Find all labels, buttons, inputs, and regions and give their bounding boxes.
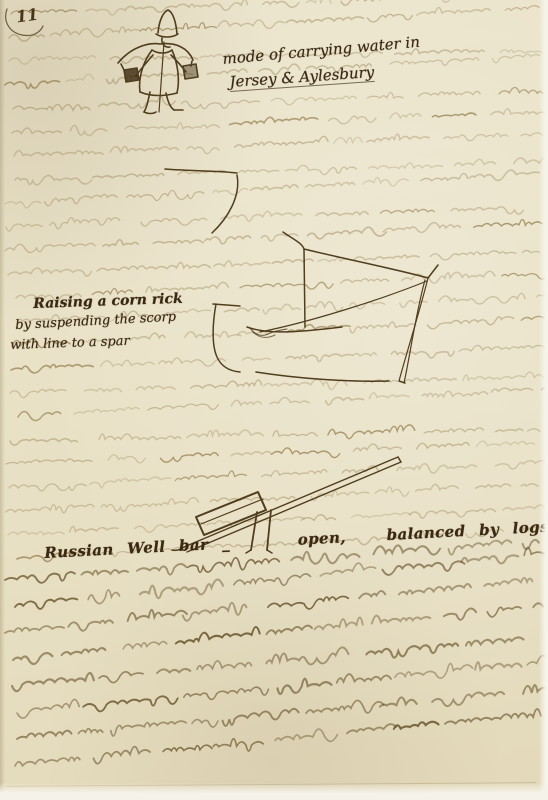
ink-sketches bbox=[0, 0, 548, 800]
page-edge-left bbox=[0, 0, 5, 800]
scan-margin-bottom bbox=[0, 783, 548, 800]
scan-margin-right bbox=[539, 0, 548, 800]
corn-rick-rig-sketch-icon bbox=[165, 169, 438, 383]
page-number: 11 bbox=[15, 5, 40, 27]
manuscript-page: 11 mode of carrying water in Jersey & Ay… bbox=[0, 0, 548, 800]
man-with-yoke-sketch-icon bbox=[118, 10, 198, 114]
caption-mid-line3: with line to a spar bbox=[10, 335, 130, 352]
